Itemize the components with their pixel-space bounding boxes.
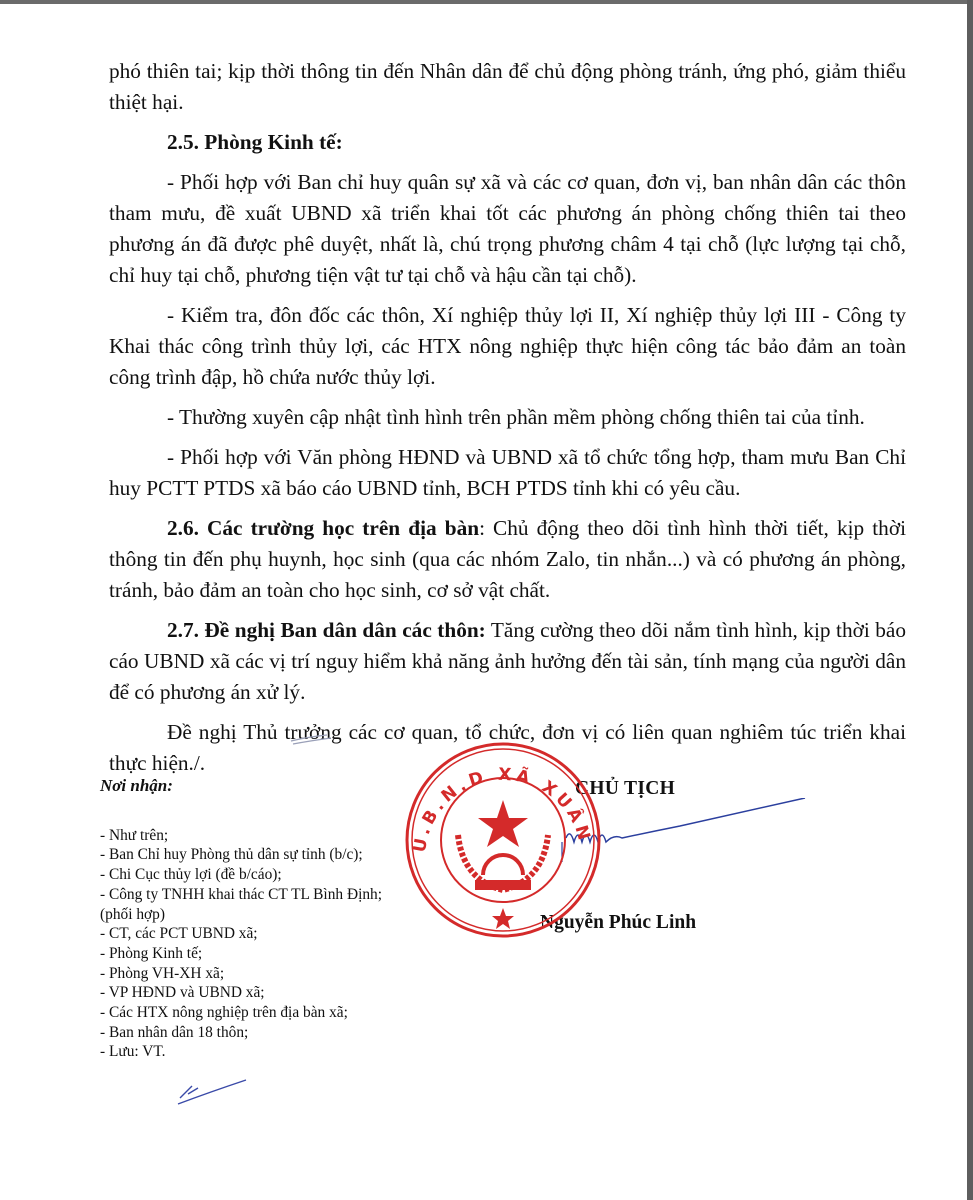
paragraph-section-2-7: 2.7. Đề nghị Ban dân dân các thôn: Tăng …	[109, 615, 906, 708]
recipient-item: - Công ty TNHH khai thác CT TL Bình Định…	[100, 885, 400, 924]
recipient-item: - CT, các PCT UBND xã;	[100, 924, 400, 944]
official-seal-icon: U.B.N.D XÃ XUÂN AN T.GIA LAI	[403, 740, 603, 940]
paragraph-intro-continued: phó thiên tai; kịp thời thông tin đến Nh…	[109, 56, 906, 118]
recipient-item: - Ban nhân dân 18 thôn;	[100, 1023, 400, 1043]
recipient-item: - Phòng Kinh tế;	[100, 944, 400, 964]
recipients-title: Nơi nhận:	[100, 776, 400, 796]
recipient-item: - Như trên;	[100, 826, 400, 846]
paragraph-section-2-6: 2.6. Các trường học trên địa bàn: Chủ độ…	[109, 513, 906, 606]
paragraph-2-5-item-4: - Phối hợp với Văn phòng HĐND và UBND xã…	[109, 442, 906, 504]
recipient-item: - Ban Chỉ huy Phòng thủ dân sự tỉnh (b/c…	[100, 845, 400, 865]
paragraph-2-5-item-2: - Kiểm tra, đôn đốc các thôn, Xí nghiệp …	[109, 300, 906, 393]
initial-mark-icon	[287, 729, 337, 749]
paragraph-2-5-item-3: - Thường xuyên cập nhật tình hình trên p…	[109, 402, 906, 433]
recipient-item: - VP HĐND và UBND xã;	[100, 983, 400, 1003]
viewer-scrollbar-edge[interactable]	[967, 0, 973, 1200]
recipient-item: - Phòng VH-XH xã;	[100, 964, 400, 984]
paragraph-2-5-item-1: - Phối hợp với Ban chỉ huy quân sự xã và…	[109, 167, 906, 291]
recipient-item: - Chi Cục thủy lợi (đề b/cáo);	[100, 865, 400, 885]
document-body: phó thiên tai; kịp thời thông tin đến Nh…	[109, 56, 906, 788]
initial-mark-icon	[170, 1072, 250, 1108]
recipient-item: - Lưu: VT.	[100, 1042, 400, 1062]
section-2-6-lead: 2.6. Các trường học trên địa bàn	[167, 516, 479, 540]
heading-section-2-5: 2.5. Phòng Kinh tế:	[109, 127, 906, 158]
recipients-block: Nơi nhận: - Như trên; - Ban Chỉ huy Phòn…	[100, 776, 400, 1062]
section-2-7-lead: 2.7. Đề nghị Ban dân dân các thôn:	[167, 618, 486, 642]
recipient-item: - Các HTX nông nghiệp trên địa bàn xã;	[100, 1003, 400, 1023]
